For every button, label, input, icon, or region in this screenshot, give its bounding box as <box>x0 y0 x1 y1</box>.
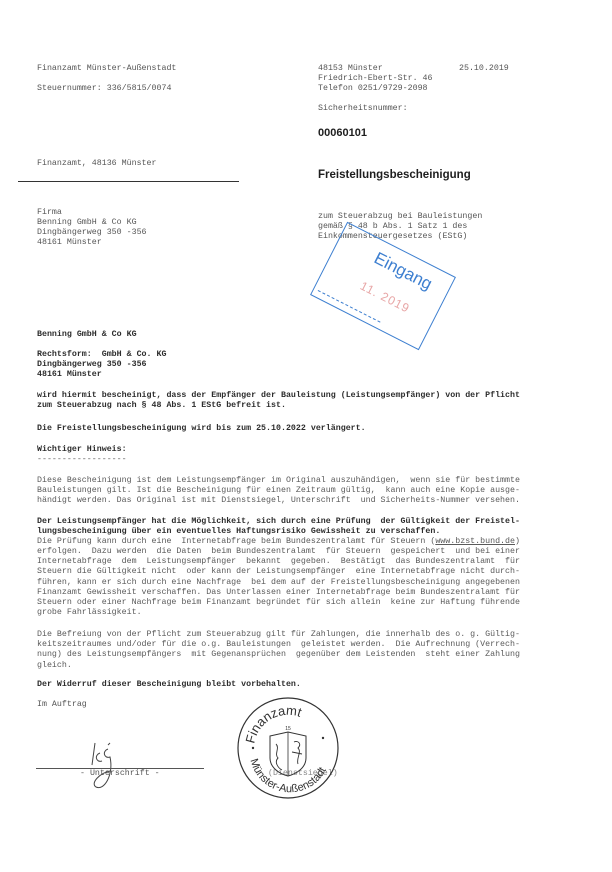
official-seal-icon: Finanzamt Münster-Außenstadt 15 <box>236 696 340 800</box>
notice-intro-text: Die Prüfung kann durch eine Internetabfr… <box>37 537 435 546</box>
notice-paragraph-2-bold: Der Leistungsempfänger hat die Möglichke… <box>37 517 577 537</box>
notice-intro-close: ) <box>515 537 520 546</box>
on-behalf-label: Im Auftrag <box>37 700 87 710</box>
office-phone: Telefon 0251/9729-2098 <box>318 84 428 94</box>
notice-paragraph-2-intro: Die Prüfung kann durch eine Internetabfr… <box>37 537 577 547</box>
recipient-line-1: Firma <box>37 208 62 218</box>
signature-scribble-icon <box>70 735 130 795</box>
office-city: 48153 Münster <box>318 64 383 74</box>
notice-heading: Wichtiger Hinweis: <box>37 445 577 455</box>
security-number: 00060101 <box>318 127 367 139</box>
revocation-text: Der Widerruf dieser Bescheinigung bleibt… <box>37 680 577 690</box>
security-number-label: Sicherheitsnummer: <box>318 104 408 114</box>
recipient-line-2: Benning GmbH & Co KG <box>37 218 137 228</box>
return-address: Finanzamt, 48136 Münster <box>37 159 157 169</box>
seal-top-text: Finanzamt <box>242 703 304 745</box>
office-street: Friedrich-Ebert-Str. 46 <box>318 74 433 84</box>
document-date: 25.10.2019 <box>459 64 509 74</box>
signature-label: - Unterschrift - <box>80 769 160 779</box>
address-divider <box>18 181 239 182</box>
recipient-line-3: Dingbängerweg 350 -356 <box>37 228 147 238</box>
tax-number-value: 336/5815/0074 <box>107 84 172 93</box>
notice-underline: ------------------ <box>37 455 577 465</box>
sender-office: Finanzamt Münster-Außenstadt <box>37 64 176 74</box>
seal-number: 15 <box>285 726 291 732</box>
subtitle-line-2: gemäß § 48 b Abs. 1 Satz 1 des <box>318 222 467 232</box>
extension-text: Die Freistellungsbescheinigung wird bis … <box>37 424 577 434</box>
bzst-link[interactable]: www.bzst.bund.de <box>435 537 515 546</box>
notice-paragraph-1: Diese Bescheinigung ist dem Leistungsemp… <box>37 476 577 507</box>
beneficiary-legal-form: Rechtsform: GmbH & Co. KG <box>37 350 166 360</box>
recipient-line-4: 48161 Münster <box>37 238 102 248</box>
notice-paragraph-3: Die Befreiung von der Pflicht zum Steuer… <box>37 630 577 671</box>
beneficiary-street: Dingbängerweg 350 -356 <box>37 360 147 370</box>
beneficiary-name: Benning GmbH & Co KG <box>37 330 137 340</box>
certification-text: wird hiermit bescheinigt, dass der Empfä… <box>37 391 577 411</box>
document-title: Freistellungsbescheinigung <box>318 169 471 181</box>
tax-number-label: Steuernummer: <box>37 84 102 93</box>
beneficiary-city: 48161 Münster <box>37 370 102 380</box>
subtitle-line-1: zum Steuerabzug bei Bauleistungen <box>318 212 482 222</box>
svg-text:Finanzamt: Finanzamt <box>242 703 304 745</box>
received-stamp-date: 11. 2019 <box>358 279 412 316</box>
tax-number: Steuernummer: 336/5815/0074 <box>37 84 171 94</box>
notice-paragraph-2-rest: erfolgen. Dazu werden die Daten beim Bun… <box>37 547 577 618</box>
